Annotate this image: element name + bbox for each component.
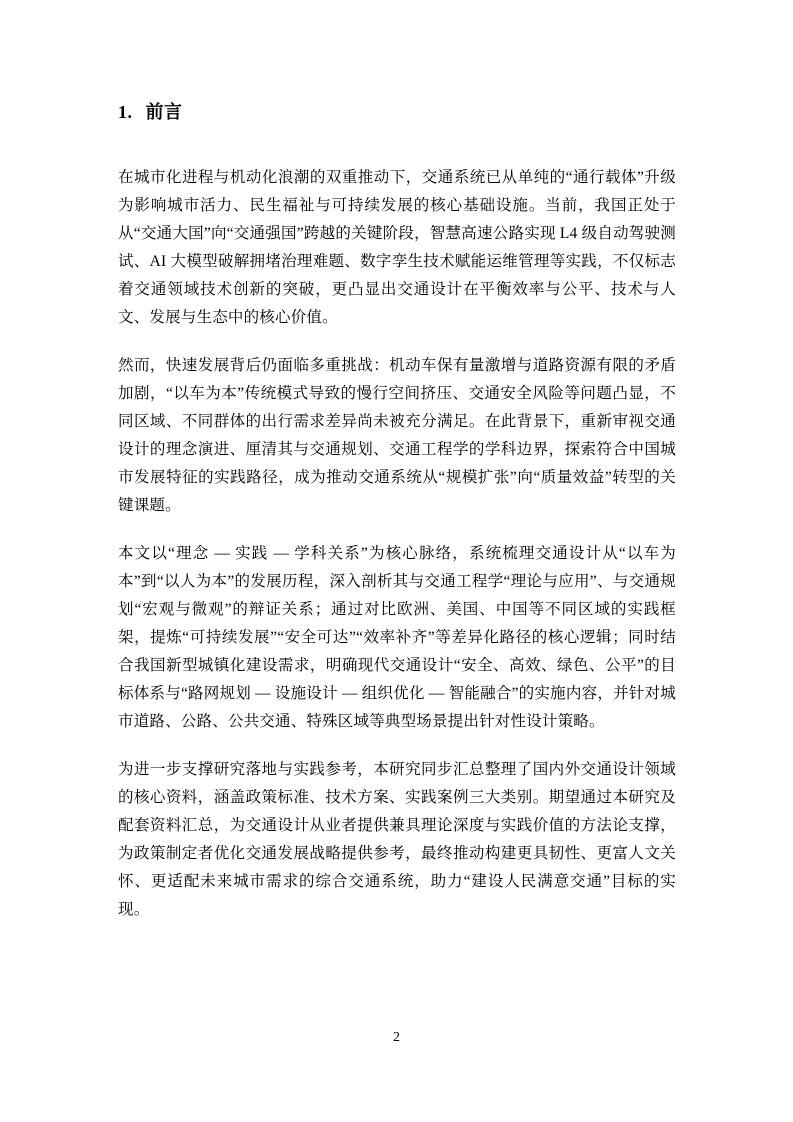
page-number: 2 — [0, 1028, 793, 1048]
document-content: 1.前言 在城市化进程与机动化浪潮的双重推动下，交通系统已从单纯的“通行载体”升… — [118, 100, 676, 944]
paragraph-1: 在城市化进程与机动化浪潮的双重推动下，交通系统已从单纯的“通行载体”升级为影响城… — [118, 164, 676, 332]
paragraph-3: 本文以“理念 — 实践 — 学科关系”为核心脉络，系统梳理交通设计从“以车为本”… — [118, 540, 676, 736]
section-heading: 1.前言 — [118, 100, 676, 124]
document-page: 1.前言 在城市化进程与机动化浪潮的双重推动下，交通系统已从单纯的“通行载体”升… — [0, 0, 793, 1122]
paragraph-4: 为进一步支撑研究落地与实践参考，本研究同步汇总整理了国内外交通设计领域的核心资料… — [118, 756, 676, 924]
section-number: 1. — [118, 100, 133, 124]
paragraph-2: 然而，快速发展背后仍面临多重挑战：机动车保有量激增与道路资源有限的矛盾加剧，“以… — [118, 352, 676, 520]
section-title: 前言 — [146, 102, 183, 122]
